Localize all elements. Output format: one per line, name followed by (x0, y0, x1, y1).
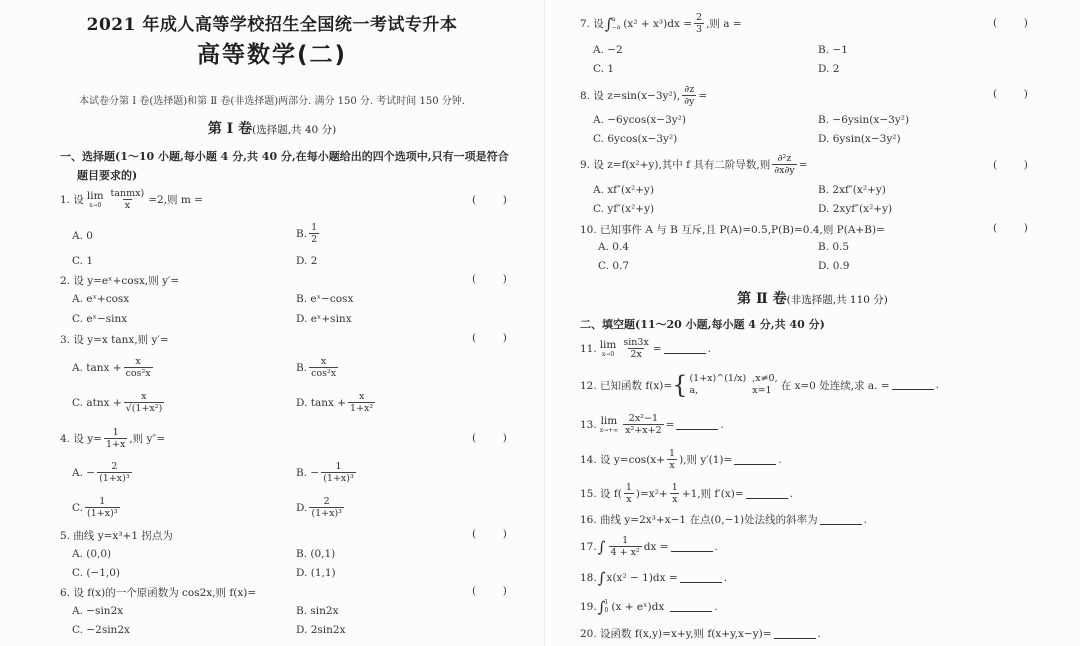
q9-option-b[interactable]: B. 2xf″(x²+y) (818, 184, 886, 196)
q5-option-d[interactable]: D. (1,1) (296, 567, 336, 579)
q12-answer-blank[interactable] (892, 380, 934, 390)
q7-answer-box[interactable]: ( ) (993, 17, 1028, 29)
q8-option-a[interactable]: A. −6ycos(x−3y²) (593, 114, 686, 126)
q6-option-d[interactable]: D. 2sin2x (296, 624, 346, 636)
question-14: 14. 设 y=cos(x+1x),则 y′(1)=. (580, 448, 782, 471)
q3-option-d[interactable]: D. tanx +x1+x² (296, 391, 377, 414)
q20-answer-blank[interactable] (774, 629, 816, 639)
q17-answer-blank[interactable] (671, 542, 713, 552)
question-5: 5. 曲线 y=x³+1 拐点为 (60, 528, 173, 543)
q8-answer-box[interactable]: ( ) (993, 88, 1028, 100)
q7-option-b[interactable]: B. −1 (818, 44, 848, 56)
question-20: 20. 设函数 f(x,y)=x+y,则 f(x+y,x−y)=. (580, 626, 821, 641)
q8-option-d[interactable]: D. 6ysin(x−3y²) (818, 133, 901, 145)
question-19: 19.∫10(x + eˣ)dx. (580, 598, 718, 616)
section1-line1: 一、选择题(1～10 小题,每小题 4 分,共 40 分,在每小题给出的四个选项… (60, 147, 509, 166)
question-10: 10. 已知事件 A 与 B 互斥,且 P(A)=0.5,P(B)=0.4,则 … (580, 222, 885, 237)
question-9: 9. 设 z=f(x²+y),其中 f 具有二阶导数,则∂²z∂x∂y= (580, 153, 808, 176)
q3-option-c[interactable]: C. atnx +x√(1+x²) (72, 391, 166, 414)
q5-option-a[interactable]: A. (0,0) (72, 548, 111, 560)
q1-tail: =2,则 m = (148, 192, 203, 207)
q7-option-a[interactable]: A. −2 (593, 44, 623, 56)
question-2: 2. 设 y=eˣ+cosx,则 y′= (60, 273, 179, 288)
question-7: 7. 设 ∫a−a (x² + x³)dx = 23 ,则 a = (580, 12, 742, 35)
q4-answer-box[interactable]: ( ) (472, 432, 507, 444)
section2-heading: 二、填空题(11～20 小题,每小题 4 分,共 40 分) (580, 315, 825, 334)
q1-answer-box[interactable]: ( ) (472, 194, 507, 206)
q5-option-b[interactable]: B. (0,1) (296, 548, 335, 560)
part2-heading: 第 Ⅱ 卷(非选择题,共 110 分) (545, 288, 1080, 308)
q5-answer-box[interactable]: ( ) (472, 528, 507, 540)
question-11: 11. limx→0 sin3x2x =. (580, 337, 711, 360)
q7-option-d[interactable]: D. 2 (818, 63, 839, 75)
question-17: 17.∫14 + x²dx =. (580, 535, 718, 558)
q3-answer-box[interactable]: ( ) (472, 332, 507, 344)
question-1: 1. 设 limx→0 tanmx)x =2,则 m = (60, 188, 203, 211)
part1-heading: 第 Ⅰ 卷(选择题,共 40 分) (0, 118, 544, 138)
q1-fraction: tanmx)x (109, 188, 147, 211)
part2-title: 第 Ⅱ 卷 (737, 291, 787, 307)
q6-option-a[interactable]: A. −sin2x (72, 605, 123, 617)
q3-option-b[interactable]: B.xcos²x (296, 356, 340, 379)
q1-option-c[interactable]: C. 1 (72, 255, 93, 267)
part1-subtitle: (选择题,共 40 分) (252, 124, 336, 136)
integral-sign-icon: ∫ (598, 538, 606, 556)
q4-option-d[interactable]: D.2(1+x)³ (296, 496, 346, 519)
exam-intro: 本试卷分第 Ⅰ 卷(选择题)和第 Ⅱ 卷(非选择题)两部分. 满分 150 分.… (0, 92, 544, 107)
q10-option-a[interactable]: A. 0.4 (598, 241, 629, 253)
q1-label: 1. 设 (60, 192, 84, 207)
q6-option-c[interactable]: C. −2sin2x (72, 624, 130, 636)
question-15: 15. 设 f(1x)=x²+1x+1,则 f′(x)=. (580, 482, 793, 505)
section1-line2: 题目要求的) (60, 166, 509, 185)
q6-option-b[interactable]: B. sin2x (296, 605, 339, 617)
integral-sign-icon: ∫10 (598, 598, 611, 616)
q1-limit: limx→0 (87, 191, 104, 209)
q2-option-d[interactable]: D. eˣ+sinx (296, 313, 352, 325)
exam-subject: 高等数学(二) (0, 36, 544, 69)
q5-option-c[interactable]: C. (−1,0) (72, 567, 120, 579)
integral-sign-icon: ∫a−a (605, 15, 622, 33)
q8-option-b[interactable]: B. −6ysin(x−3y²) (818, 114, 909, 126)
q9-option-d[interactable]: D. 2xyf″(x²+y) (818, 203, 892, 215)
q19-answer-blank[interactable] (670, 602, 712, 612)
q2-option-b[interactable]: B. eˣ−cosx (296, 293, 353, 305)
q14-answer-blank[interactable] (734, 455, 776, 465)
q16-answer-blank[interactable] (820, 515, 862, 525)
q9-option-c[interactable]: C. yf″(x²+y) (593, 203, 654, 215)
q10-option-c[interactable]: C. 0.7 (598, 260, 629, 272)
q10-option-b[interactable]: B. 0.5 (818, 241, 849, 253)
brace-icon: { (672, 375, 687, 395)
question-8: 8. 设 z=sin(x−3y²),∂z∂y= (580, 84, 707, 107)
question-16: 16. 曲线 y=2x³+x−1 在点(0,−1)处法线的斜率为. (580, 512, 867, 527)
q11-answer-blank[interactable] (664, 344, 706, 354)
q15-answer-blank[interactable] (746, 489, 788, 499)
q8-option-c[interactable]: C. 6ycos(x−3y²) (593, 133, 677, 145)
question-12: 12. 已知函数 f(x)= { (1+x)^(1/x),x≠0, a,x=1 … (580, 373, 939, 397)
q10-answer-box[interactable]: ( ) (993, 222, 1028, 234)
q9-option-a[interactable]: A. xf″(x²+y) (593, 184, 654, 196)
q4-option-a[interactable]: A. −2(1+x)³ (72, 461, 134, 484)
q6-answer-box[interactable]: ( ) (472, 585, 507, 597)
section1-heading: 一、选择题(1～10 小题,每小题 4 分,共 40 分,在每小题给出的四个选项… (60, 147, 509, 185)
q1-option-d[interactable]: D. 2 (296, 255, 317, 267)
part1-title: 第 Ⅰ 卷 (208, 121, 252, 137)
question-13: 13. limx→+∞ 2x²−1x²+x+2 =. (580, 413, 724, 436)
question-4: 4. 设 y=11+x,则 y″= (60, 427, 165, 450)
q9-answer-box[interactable]: ( ) (993, 159, 1028, 171)
q1-option-a[interactable]: A. 0 (72, 230, 93, 242)
question-3: 3. 设 y=x tanx,则 y′= (60, 332, 169, 347)
page-divider (544, 0, 545, 646)
exam-title: 2021 年成人高等学校招生全国统一考试专升本 (0, 10, 544, 35)
integral-sign-icon: ∫ (598, 569, 606, 587)
q4-option-c[interactable]: C.1(1+x)³ (72, 496, 122, 519)
q1-option-b[interactable]: B.12 (296, 222, 321, 245)
q18-answer-blank[interactable] (680, 573, 722, 583)
q2-option-a[interactable]: A. eˣ+cosx (72, 293, 129, 305)
q3-option-a[interactable]: A. tanx +xcos²x (72, 356, 155, 379)
q2-answer-box[interactable]: ( ) (472, 273, 507, 285)
q13-answer-blank[interactable] (676, 420, 718, 430)
q10-option-d[interactable]: D. 0.9 (818, 260, 849, 272)
q2-option-c[interactable]: C. eˣ−sinx (72, 313, 127, 325)
q7-option-c[interactable]: C. 1 (593, 63, 614, 75)
question-6: 6. 设 f(x)的一个原函数为 cos2x,则 f(x)= (60, 585, 256, 600)
q4-option-b[interactable]: B. −1(1+x)³ (296, 461, 358, 484)
part2-subtitle: (非选择题,共 110 分) (787, 294, 888, 306)
question-18: 18.∫x(x² − 1)dx =. (580, 569, 727, 587)
